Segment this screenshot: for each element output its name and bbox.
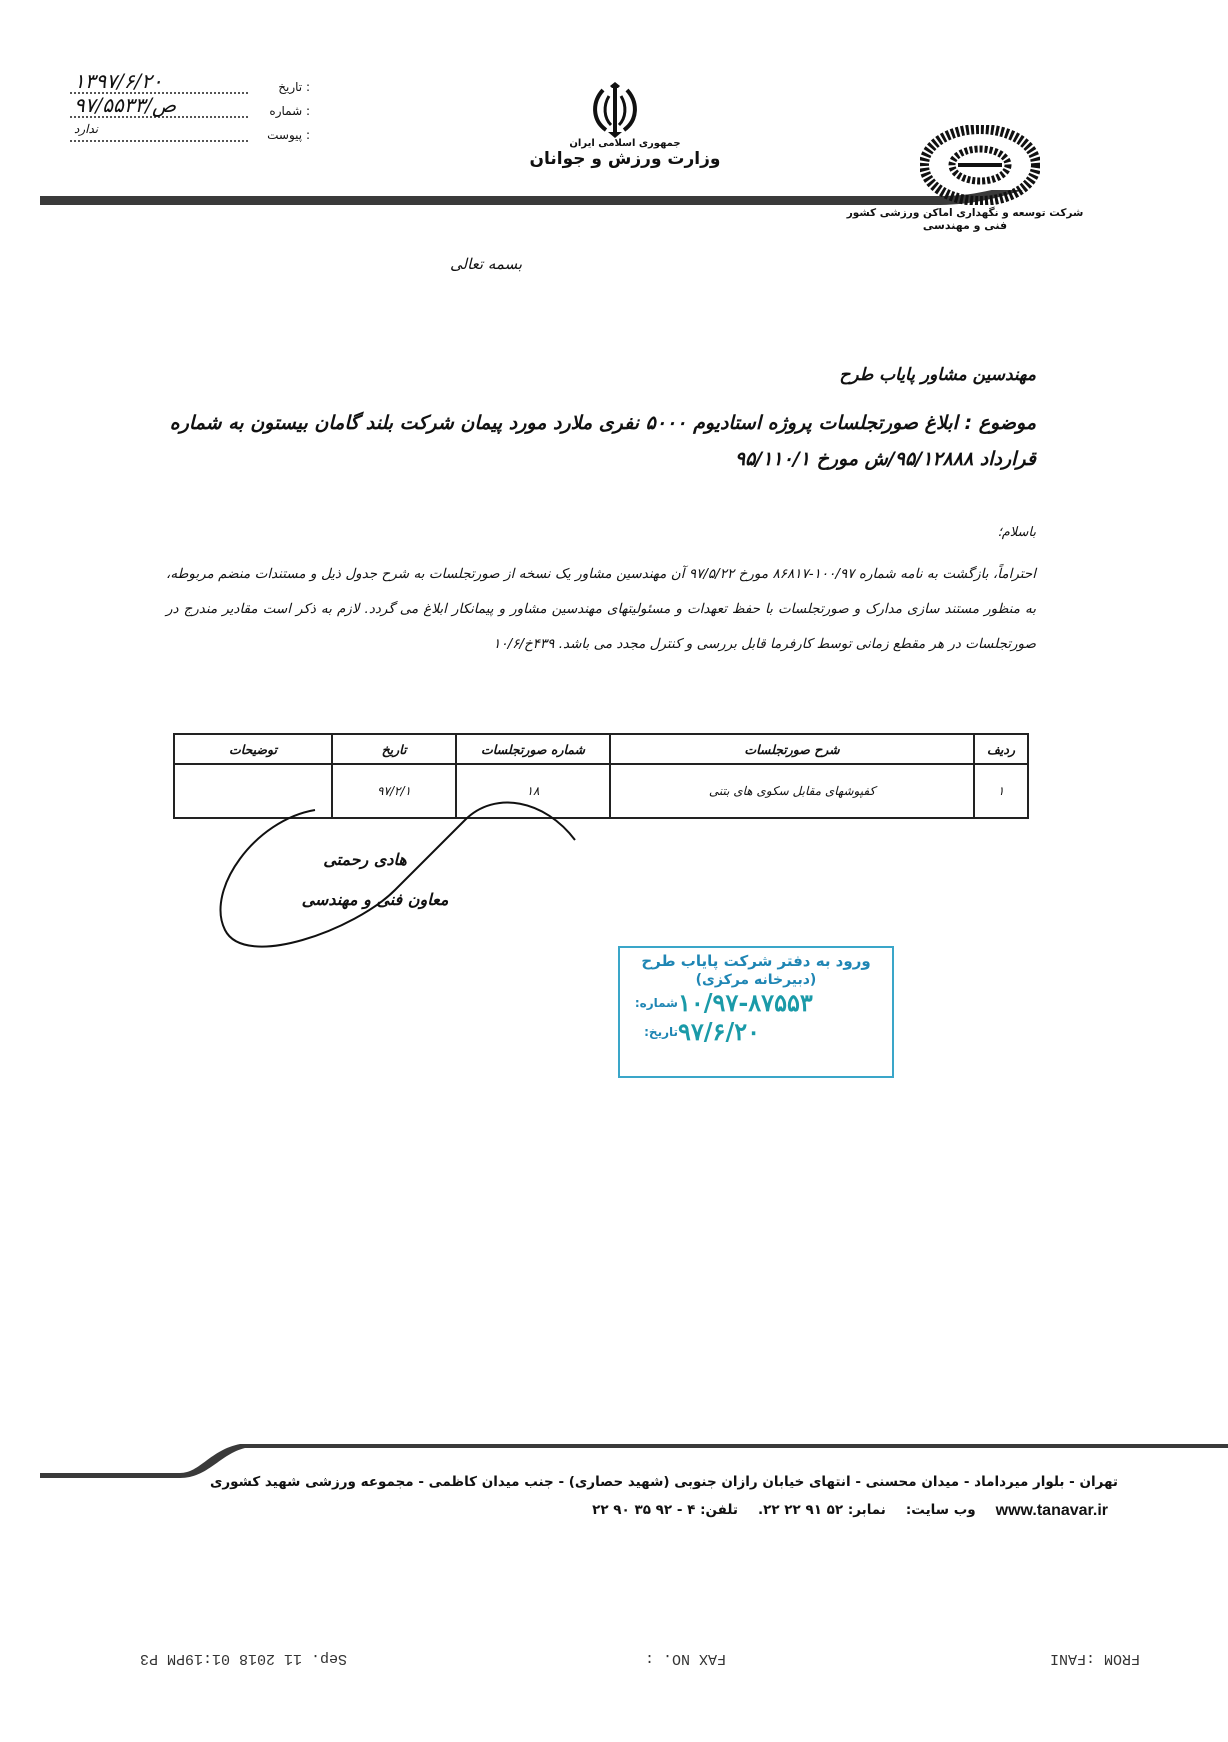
number-value: ۹۷/ص/۵۵۳۳ [70, 94, 248, 118]
footer-website[interactable]: www.tanavar.ir [996, 1502, 1108, 1520]
date-value: ۱۳۹۷/۶/۲۰ [70, 70, 248, 94]
footer-phone: تلفن: ۴ - ۹۲ ۳۵ ۹۰ ۲۲ [592, 1502, 738, 1520]
greeting: باسلام؛ [998, 525, 1036, 540]
signature-stroke [195, 780, 595, 980]
signatory-name: هادی رحمتی [290, 850, 440, 869]
fax-from: FROM :FANI [1050, 1650, 1140, 1667]
ministry-name: وزارت ورزش و جوانان [510, 149, 740, 169]
stamp-number-row: شماره: ۱۰/۹۷-۸۷۵۵۳ [620, 988, 892, 1017]
number-label: شماره : [248, 104, 310, 118]
ministry-header: جمهوری اسلامی ایران وزارت ورزش و جوانان [510, 138, 740, 169]
company-logo-icon [920, 125, 1040, 205]
number-row: شماره : ۹۷/ص/۵۵۳۳ [70, 94, 310, 118]
iran-emblem-icon [590, 80, 640, 140]
company-name-block: شرکت توسعه و نگهداری اماکن ورزشی کشور فن… [830, 207, 1100, 232]
col-description: شرح صورتجلسات [610, 734, 974, 764]
attachment-row: پیوست : ندارد [70, 118, 310, 142]
country-name: جمهوری اسلامی ایران [510, 138, 740, 149]
col-date: تاریخ [332, 734, 456, 764]
bismillah: بسمه تعالی [450, 255, 522, 273]
stamp-date-value: ۹۷/۶/۲۰ [678, 1017, 884, 1046]
company-department: فنی و مهندسی [830, 219, 1100, 232]
fax-number: FAX NO. : [645, 1650, 726, 1667]
footer-address: تهران - بلوار میرداماد - میدان محسنی - ا… [210, 1474, 1118, 1490]
col-notes: توضیحات [174, 734, 332, 764]
attachment-label: پیوست : [248, 128, 310, 142]
received-stamp: ورود به دفتر شرکت پایاب طرح (دبیرخانه مر… [618, 946, 894, 1078]
stamp-secretariat: (دبیرخانه مرکزی) [620, 972, 892, 988]
stamp-office: ورود به دفتر شرکت پایاب طرح [620, 952, 892, 970]
fax-timestamp: Sep. 11 2018 01:19PM P3 [140, 1650, 347, 1667]
stamp-number-label: شماره: [628, 996, 678, 1010]
subject: موضوع : ابلاغ صورتجلسات پروژه استادیوم ۵… [156, 405, 1036, 477]
stamp-number-value: ۱۰/۹۷-۸۷۵۵۳ [678, 988, 884, 1017]
footer-contact: تلفن: ۴ - ۹۲ ۳۵ ۹۰ ۲۲ نمابر: ۵۲ ۹۱ ۲۲ ۲۲… [592, 1502, 1108, 1520]
attachment-value: ندارد [70, 118, 248, 142]
letter-meta: تاریخ : ۱۳۹۷/۶/۲۰ شماره : ۹۷/ص/۵۵۳۳ پیوس… [70, 70, 310, 142]
date-row: تاریخ : ۱۳۹۷/۶/۲۰ [70, 70, 310, 94]
stamp-date-row: تاریخ: ۹۷/۶/۲۰ [620, 1017, 892, 1046]
stamp-date-label: تاریخ: [628, 1025, 678, 1039]
date-label: تاریخ : [248, 80, 310, 94]
col-row-number: ردیف [974, 734, 1028, 764]
table-header-row: ردیف شرح صورتجلسات شماره صورتجلسات تاریخ… [174, 734, 1028, 764]
signatory-title: معاون فنی و مهندسی [280, 890, 470, 909]
footer-fax: نمابر: ۵۲ ۹۱ ۲۲ ۲۲. [758, 1502, 886, 1520]
col-minutes-number: شماره صورتجلسات [456, 734, 610, 764]
letter-body: احتراماً، بازگشت به نامه شماره ۱۰۰/۹۷-۸۶… [166, 557, 1036, 662]
footer-website-label: وب سایت: [906, 1502, 976, 1520]
company-name: شرکت توسعه و نگهداری اماکن ورزشی کشور [830, 207, 1100, 219]
cell-row-number: ۱ [974, 764, 1028, 818]
recipient: مهندسین مشاور پایاب طرح [839, 365, 1036, 385]
cell-description: کفپوشهای مقابل سکوی های بتنی [610, 764, 974, 818]
